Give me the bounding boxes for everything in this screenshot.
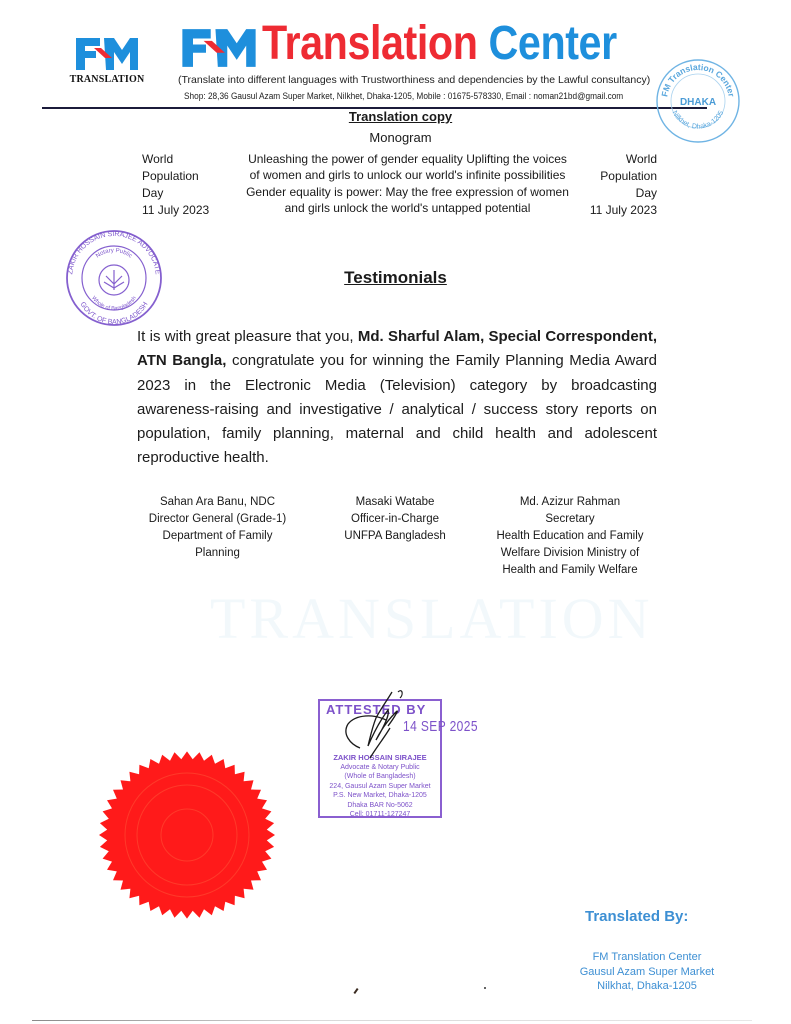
- document-title: Translation copy: [0, 109, 791, 124]
- signatory-line: Health Education and Family: [480, 528, 660, 545]
- signatory-line: UNFPA Bangladesh: [330, 528, 460, 545]
- translator-address: Gausul Azam Super Market: [572, 965, 722, 980]
- ink-dot: [484, 987, 486, 989]
- signatory-line: Welfare Division Ministry of: [480, 545, 660, 562]
- fm-big-logo-icon: [180, 22, 258, 74]
- right-event-line: World: [560, 151, 657, 168]
- brand-title-translation: Translation: [262, 17, 477, 70]
- attester-line: Dhaka BAR No-5062: [320, 801, 440, 811]
- svg-text:FM Translation Center: FM Translation Center: [659, 62, 736, 98]
- signatory-2: Masaki Watabe Officer-in-Charge UNFPA Ba…: [330, 494, 460, 545]
- signatory-line: Health and Family Welfare: [480, 562, 660, 579]
- svg-text:Notary Public: Notary Public: [95, 248, 133, 260]
- testimonials-heading: Testimonials: [0, 268, 791, 288]
- signatory-line: Secretary: [480, 511, 660, 528]
- monogram-label: Monogram: [0, 130, 791, 145]
- brand-tagline: (Translate into different languages with…: [178, 74, 650, 86]
- right-event-line: Day: [560, 185, 657, 202]
- signatory-line: Director General (Grade-1): [130, 511, 305, 528]
- brand-address: Shop: 28,36 Gausul Azam Super Market, Ni…: [184, 91, 623, 101]
- signatory-line: Planning: [130, 545, 305, 562]
- monogram-motto: Unleashing the power of gender equality …: [245, 151, 570, 216]
- brand-title: Translation Center: [262, 14, 617, 74]
- signatory-3: Md. Azizur Rahman Secretary Health Educa…: [480, 494, 660, 579]
- handwritten-signature: [330, 688, 420, 763]
- left-event-line: World: [142, 151, 209, 168]
- left-event-label: World Population Day 11 July 2023: [142, 151, 209, 219]
- signatory-line: Officer-in-Charge: [330, 511, 460, 528]
- left-event-date: 11 July 2023: [142, 202, 209, 219]
- footer-divider: [32, 1020, 752, 1021]
- translator-city: Nilkhat, Dhaka-1205: [572, 979, 722, 994]
- right-event-line: Population: [560, 168, 657, 185]
- fm-small-logo: TRANSLATION: [68, 36, 146, 85]
- attester-line: (Whole of Bangladesh): [320, 772, 440, 782]
- left-event-line: Day: [142, 185, 209, 202]
- red-embossed-seal: [92, 745, 282, 925]
- signatory-1: Sahan Ara Banu, NDC Director General (Gr…: [130, 494, 305, 562]
- signatory-name: Md. Azizur Rahman: [480, 494, 660, 511]
- testimonial-paragraph: It is with great pleasure that you, Md. …: [137, 325, 657, 471]
- left-event-line: Population: [142, 168, 209, 185]
- pen-mark: [353, 988, 358, 994]
- fm-logo-icon: [74, 36, 140, 72]
- small-logo-label: TRANSLATION: [68, 74, 146, 85]
- signatory-name: Masaki Watabe: [330, 494, 460, 511]
- signatory-line: Department of Family: [130, 528, 305, 545]
- background-watermark: TRANSLATION: [210, 585, 654, 652]
- attester-line: Cell: 01711-127247: [320, 810, 440, 820]
- motto-line-1: Unleashing the power of gender equality …: [245, 151, 570, 184]
- brand-title-center: Center: [489, 17, 617, 70]
- stamp-center-text: DHAKA: [680, 97, 716, 108]
- attester-line: Advocate & Notary Public: [320, 763, 440, 773]
- svg-text:Whole of Bangladesh: Whole of Bangladesh: [90, 295, 138, 312]
- signatory-name: Sahan Ara Banu, NDC: [130, 494, 305, 511]
- right-event-label: World Population Day 11 July 2023: [560, 151, 657, 219]
- translator-details: FM Translation Center Gausul Azam Super …: [572, 950, 722, 994]
- right-event-date: 11 July 2023: [560, 202, 657, 219]
- translated-by-label: Translated By:: [585, 908, 688, 925]
- motto-line-2: Gender equality is power: May the free e…: [245, 184, 570, 217]
- paragraph-intro: It is with great pleasure that you,: [137, 328, 358, 345]
- attester-line: P.S. New Market, Dhaka-1205: [320, 791, 440, 801]
- paragraph-body: congratulate you for winning the Family …: [137, 352, 657, 466]
- svg-text:GOVT. OF BANGLADESH: GOVT. OF BANGLADESH: [79, 301, 150, 326]
- translator-name: FM Translation Center: [572, 950, 722, 965]
- attester-line: 224, Gausul Azam Super Market: [320, 782, 440, 792]
